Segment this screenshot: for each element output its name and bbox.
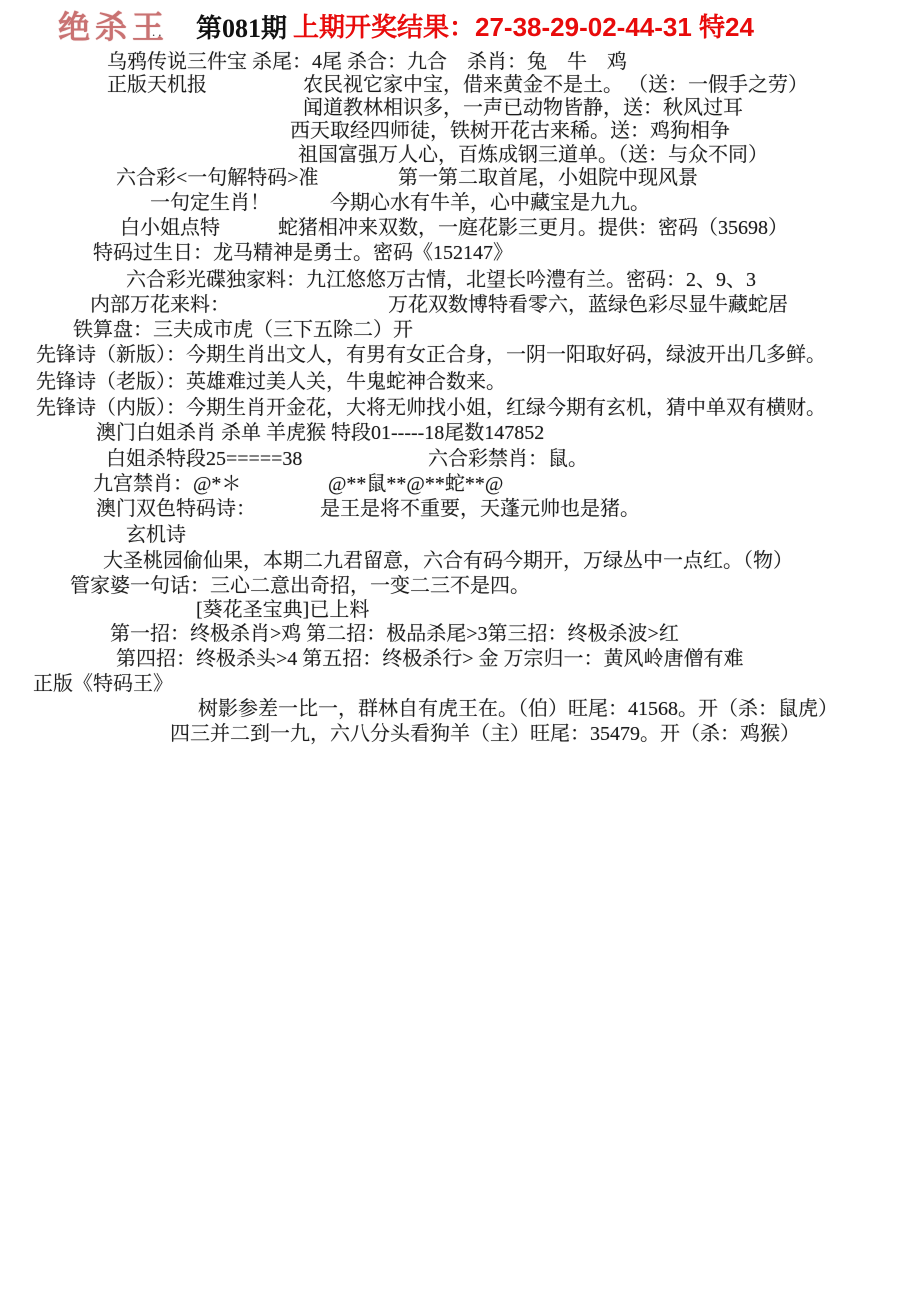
doc-line: 大圣桃园偷仙果，本期二九君留意，六合有码今期开，万绿丛中一点红。（物） (103, 549, 793, 573)
doc-line: 农民视它家中宝，借来黄金不是土。 （送：一假手之劳） (303, 73, 808, 97)
issue-number: 第081期 (196, 8, 287, 45)
doc-line: 乌鸦传说三件宝 杀尾：4尾 杀合：九合 杀肖：兔 牛 鸡 (107, 50, 627, 74)
doc-line: 先锋诗（内版）：今期生肖开金花，大将无帅找小姐，红绿今期有玄机，猜中单双有横财。 (36, 396, 826, 420)
doc-line: 先锋诗（新版）：今期生肖出文人，有男有女正合身，一阴一阳取好码，绿波开出几多鲜。 (36, 343, 826, 367)
doc-line: 九宫禁肖：@*＊ (93, 472, 241, 496)
doc-line: 六合彩光碟独家料：九江悠悠万古情，北望长吟澧有兰。密码：2、9、3 (126, 268, 756, 292)
doc-line: 澳门双色特码诗： (96, 497, 256, 521)
doc-line: 闻道教林相识多，一声已动物皆静，送：秋风过耳 (303, 96, 743, 120)
last-draw-result: 上期开奖结果：27-38-29-02-44-31 特24 (293, 7, 754, 44)
doc-line: 特码过生日：龙马精神是勇士。密码《152147》 (93, 241, 513, 265)
doc-line: 一句定生肖！ (150, 191, 270, 215)
doc-line: 白小姐点特 (120, 216, 220, 240)
doc-line: 第一招：终极杀肖>鸡 第二招：极品杀尾>3第三招：终极杀波>红 (110, 622, 679, 646)
doc-line: 玄机诗 (126, 523, 186, 547)
doc-line: 第四招：终极杀头>4 第五招：终极杀行> 金 万宗归一：黄风岭唐僧有难 (116, 647, 744, 671)
doc-line: 万花双数博特看零六，蓝绿色彩尽显牛藏蛇居 (388, 293, 788, 317)
doc-line: 六合彩<一句解特码>准 (116, 166, 319, 190)
doc-line: [葵花圣宝典]已上料 (196, 598, 369, 622)
doc-line: @**鼠**@**蛇**@ (328, 472, 503, 496)
doc-line: 四三并二到一九，六八分头看狗羊（主）旺尾：35479。开（杀：鸡猴） (170, 722, 800, 746)
doc-line: 蛇猪相冲来双数，一庭花影三更月。提供：密码（35698） (278, 216, 788, 240)
doc-line: 第一第二取首尾，小姐院中现风景 (398, 166, 698, 190)
doc-line: 正版天机报 (107, 73, 207, 97)
doc-line: 白姐杀特段25=====38 (106, 447, 302, 471)
doc-line: 先锋诗（老版）：英雄难过美人关，牛鬼蛇神合数来。 (36, 370, 506, 394)
doc-line: 六合彩禁肖：鼠。 (428, 447, 588, 471)
doc-line: 是王是将不重要，天蓬元帅也是猪。 (320, 497, 640, 521)
doc-line: 铁算盘：三夫成市虎（三下五除二）开 (73, 318, 413, 342)
doc-line: 西天取经四师徒，铁树开花古来稀。送：鸡狗相争 (290, 119, 730, 143)
doc-line: 正版《特码王》 (33, 672, 173, 696)
doc-line: 树影参差一比一，群林自有虎王在。（伯）旺尾：41568。开（杀：鼠虎） (198, 697, 838, 721)
doc-line: 祖国富强万人心，百炼成钢三道单。（送：与众不同） (298, 143, 768, 167)
doc-line: 澳门白姐杀肖 杀单 羊虎猴 特段01-----18尾数147852 (96, 421, 544, 445)
logo-dots: .. (152, 24, 165, 40)
doc-line: 管家婆一句话：三心二意出奇招，一变二三不是四。 (70, 574, 530, 598)
tip-sheet-page: 绝杀王 .. 第081期 上期开奖结果：27-38-29-02-44-31 特2… (0, 0, 900, 1292)
doc-line: 今期心水有牛羊，心中藏宝是九九。 (330, 191, 650, 215)
doc-line: 内部万花来料： (90, 293, 230, 317)
